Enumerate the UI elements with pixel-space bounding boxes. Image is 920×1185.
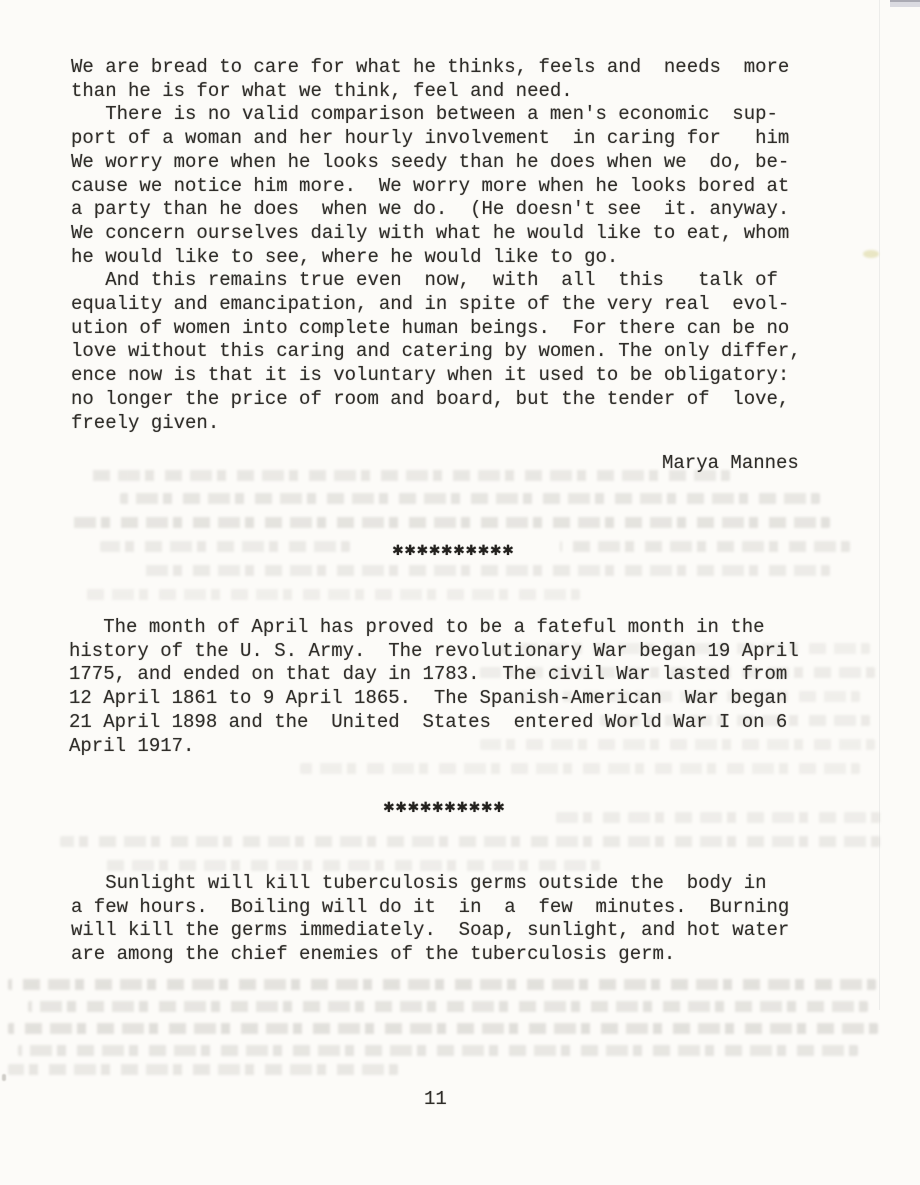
page-number: 11 xyxy=(424,1088,447,1110)
bleedthrough-line xyxy=(70,517,830,528)
scan-edge-artifact xyxy=(890,2,920,7)
bleedthrough-line xyxy=(300,763,860,774)
bleedthrough-line xyxy=(8,1023,878,1034)
bleedthrough-line xyxy=(60,836,880,847)
bleedthrough-line xyxy=(100,541,350,552)
scan-speck-artifact xyxy=(863,250,879,258)
asterisk-separator-2: ✱✱✱✱✱✱✱✱✱✱ xyxy=(383,800,505,816)
bleedthrough-line xyxy=(18,1045,858,1056)
bleedthrough-line xyxy=(560,541,850,552)
attribution-author: Marya Mannes xyxy=(662,452,799,476)
scan-speck-artifact xyxy=(2,1074,6,1081)
bleedthrough-line xyxy=(140,565,830,576)
bleedthrough-line xyxy=(80,589,580,600)
bleedthrough-line xyxy=(120,493,820,504)
paragraph-april-army-history: The month of April has proved to be a fa… xyxy=(69,616,799,758)
bleedthrough-line xyxy=(100,860,600,871)
bleedthrough-line xyxy=(550,812,880,823)
bleedthrough-line xyxy=(8,979,876,990)
paragraph-marya-mannes-excerpt: We are bread to care for what he thinks,… xyxy=(71,56,801,435)
scanned-document-page: We are bread to care for what he thinks,… xyxy=(0,0,920,1185)
asterisk-separator-1: ✱✱✱✱✱✱✱✱✱✱ xyxy=(392,543,514,559)
scan-fold-line-artifact xyxy=(879,0,880,1010)
bleedthrough-line xyxy=(8,1064,398,1075)
bleedthrough-line xyxy=(90,470,730,481)
bleedthrough-line xyxy=(28,1001,868,1012)
paragraph-tuberculosis-facts: Sunlight will kill tuberculosis germs ou… xyxy=(71,872,789,967)
